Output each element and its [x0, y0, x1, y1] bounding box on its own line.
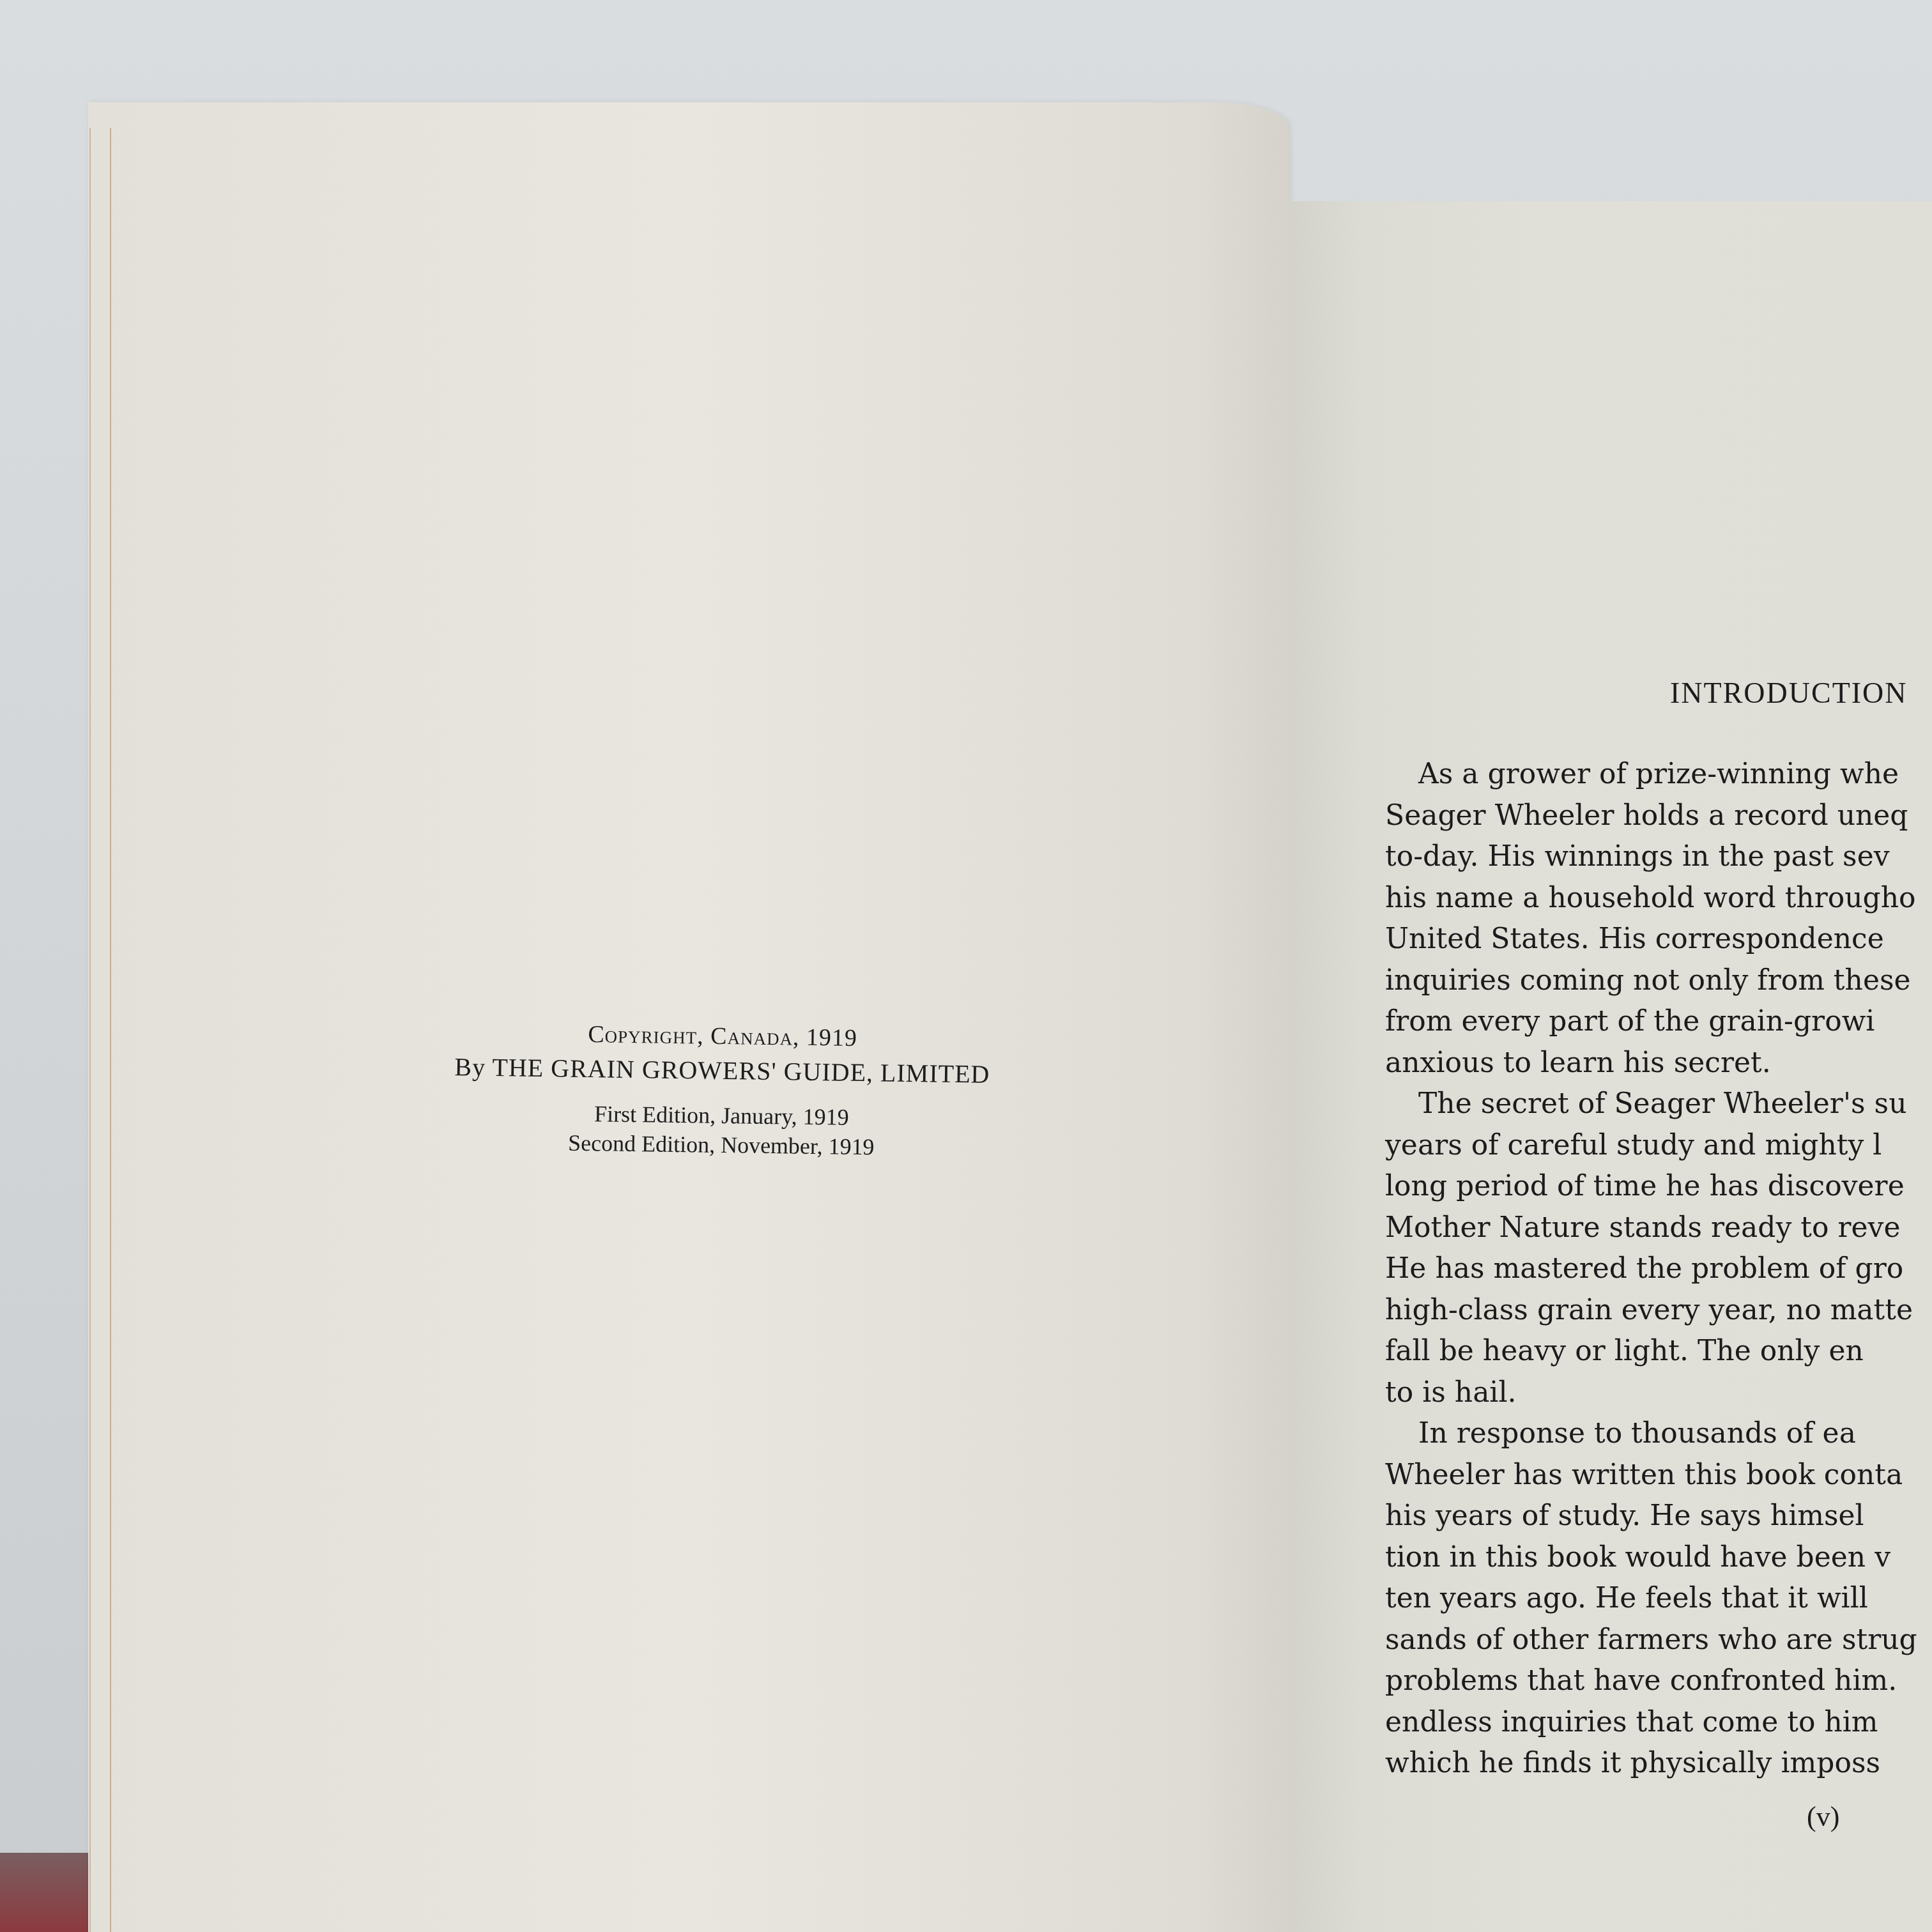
text-line: inquiries coming not only from these — [1385, 960, 1932, 1002]
text-line: Mother Nature stands ready to reve — [1385, 1207, 1932, 1249]
text-line: which he finds it physically imposs — [1385, 1743, 1932, 1784]
text-line: from every part of the grain-growi — [1385, 1001, 1932, 1043]
text-line: tion in this book would have been v — [1385, 1537, 1932, 1579]
introduction-body: As a grower of prize-winning wheSeager W… — [1385, 754, 1932, 1784]
text-line: Seager Wheeler holds a record uneq — [1385, 795, 1932, 837]
text-line: long period of time he has discovere — [1385, 1166, 1932, 1207]
page-edges — [89, 128, 135, 1932]
text-line: As a grower of prize-winning whe — [1385, 754, 1932, 795]
text-line: sands of other farmers who are strug — [1385, 1620, 1932, 1661]
text-line: anxious to learn his secret. — [1385, 1043, 1932, 1084]
text-line: years of careful study and mighty l — [1385, 1125, 1932, 1167]
text-line: The secret of Seager Wheeler's su — [1385, 1084, 1932, 1125]
copyright-block: Copyright, Canada, 1919 By THE GRAIN GRO… — [370, 1017, 1075, 1165]
text-line: to is hail. — [1385, 1372, 1932, 1414]
text-line: fall be heavy or light. The only en — [1385, 1331, 1932, 1372]
text-line: In response to thousands of ea — [1385, 1413, 1932, 1455]
publisher-line: By THE GRAIN GROWERS' GUIDE, LIMITED — [371, 1050, 1074, 1090]
text-line: ten years ago. He feels that it will — [1385, 1578, 1932, 1620]
text-line: problems that have confronted him. — [1385, 1660, 1932, 1702]
text-line: endless inquiries that come to him — [1385, 1702, 1932, 1744]
text-line: He has mastered the problem of gro — [1385, 1248, 1932, 1290]
text-line: his name a household word througho — [1385, 878, 1932, 919]
text-line: United States. His correspondence — [1385, 919, 1932, 960]
text-line: his years of study. He says himsel — [1385, 1496, 1932, 1537]
text-line: Wheeler has written this book conta — [1385, 1455, 1932, 1496]
text-line: to-day. His winnings in the past sev — [1385, 836, 1932, 878]
introduction-heading: INTRODUCTION — [1670, 676, 1908, 710]
page-number: (v) — [1807, 1800, 1839, 1833]
left-page — [88, 102, 1289, 1932]
text-line: high-class grain every year, no matte — [1385, 1290, 1932, 1331]
